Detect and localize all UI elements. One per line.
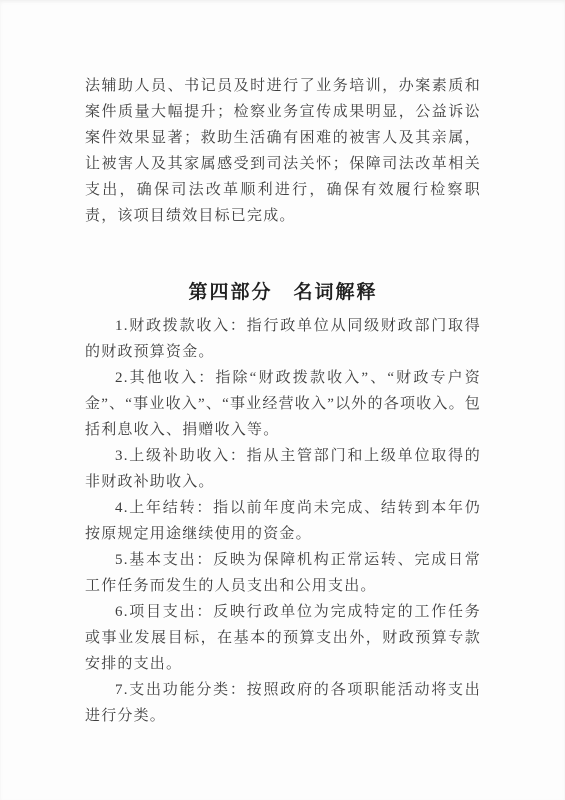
definition-item-4: 4.上年结转：指以前年度尚未完成、结转到本年仍按原规定用途继续使用的资金。 [85,495,481,547]
definition-item-5: 5.基本支出：反映为保障机构正常运转、完成日常工作任务而发生的人员支出和公用支出… [85,547,481,599]
definition-item-2: 2.其他收入：指除“财政拨款收入”、“财政专户资金”、“事业收入”、“事业经营收… [85,365,481,443]
section-heading: 第四部分 名词解释 [85,279,481,307]
definition-item-3: 3.上级补助收入：指从主管部门和上级单位取得的非财政补助收入。 [85,443,481,495]
definition-item-1: 1.财政拨款收入：指行政单位从同级财政部门取得的财政预算资金。 [85,313,481,365]
definition-item-7: 7.支出功能分类：按照政府的各项职能活动将支出进行分类。 [85,677,481,729]
definition-item-6: 6.项目支出：反映行政单位为完成特定的工作任务或事业发展目标，在基本的预算支出外… [85,599,481,677]
document-page: 法辅助人员、书记员及时进行了业务培训，办案素质和案件质量大幅提升；检察业务宣传成… [0,0,565,800]
continuation-paragraph: 法辅助人员、书记员及时进行了业务培训，办案素质和案件质量大幅提升；检察业务宣传成… [85,73,481,229]
